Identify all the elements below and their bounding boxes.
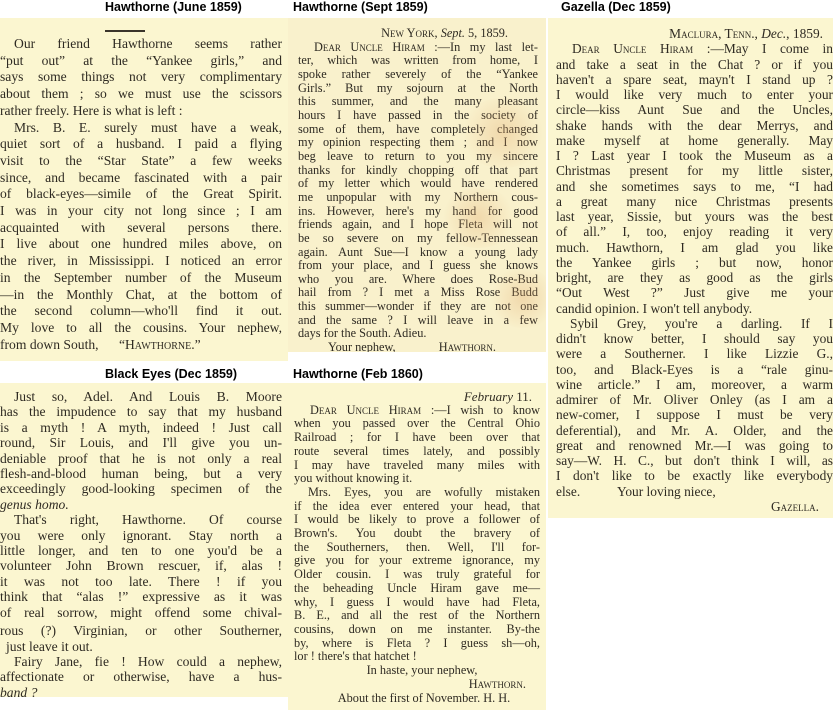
text-line: the Southerners, then. Well, I'll for- bbox=[294, 541, 540, 555]
label-gazella-dec-1859: Gazella (Dec 1859) bbox=[561, 0, 671, 14]
label-hawthorne-sept-1859: Hawthorne (Sept 1859) bbox=[293, 0, 428, 14]
text-line: since, and became fascinated with a pair bbox=[0, 170, 282, 187]
text-line: I would like very much to enter your bbox=[556, 87, 833, 102]
text-line: Christmas present for my little sister, bbox=[556, 163, 833, 178]
text-line: Dear Uncle Hiram :—I wish to know bbox=[294, 404, 540, 418]
clipping-black-eyes-dec-1859: Just so, Adel. And Louis B. Moore has th… bbox=[0, 383, 288, 710]
text-line: I would be likely to prove a follower of bbox=[294, 513, 540, 527]
text-line: why, I guess I would have had Fleta, bbox=[294, 596, 540, 610]
text-line: Girls.” But my sojourn at the North bbox=[298, 82, 538, 96]
text-line: I don't like to be exactly like everybod… bbox=[556, 468, 833, 483]
text-line: a great many nice Christmas presents bbox=[556, 194, 833, 209]
text-line: the Yankee girls ; but now, honor bbox=[556, 255, 833, 270]
text-line: Our friend Hawthorne seems rather bbox=[0, 36, 282, 53]
salutation: Dear Uncle Hiram bbox=[572, 41, 693, 56]
dateline: New York, Sept. 5, 1859. bbox=[298, 27, 538, 41]
text-line: Dear Uncle Hiram :—May I come in bbox=[556, 41, 833, 56]
text-line: hail from ? I met a Miss Rose Budd bbox=[298, 286, 538, 300]
text-line: quiet sort of a husband. I paid a flying bbox=[0, 136, 282, 153]
text-line: —in the Monthly Chat, at the bottom of bbox=[0, 287, 282, 304]
divider-rule bbox=[105, 30, 145, 32]
page-margin bbox=[0, 697, 290, 710]
text-line: shake hands with the dear Merrys, and bbox=[556, 118, 833, 133]
dateline-month: Sept. bbox=[441, 26, 465, 40]
text-line: the second column—who'll find it out. bbox=[0, 303, 282, 320]
text-line: has the impudence to say that my husband bbox=[0, 404, 282, 419]
signature: Hawthorn. bbox=[469, 677, 526, 691]
text-line: I may have traveled many miles with bbox=[294, 459, 540, 473]
text-line: again. Aunt Sue—I know a young lady bbox=[298, 246, 538, 260]
text-line: rather freely. Here is what is left : bbox=[0, 103, 282, 120]
postscript: About the first of November. H. H. bbox=[294, 692, 540, 706]
editor-intro-paragraph: Our friend Hawthorne seems rather “put o… bbox=[0, 36, 282, 120]
signature: “Hawthorne.” bbox=[119, 337, 201, 352]
text-line: by, where is Fleta ? I guess sh—oh, bbox=[294, 637, 540, 651]
text-line: lor ! there's that hatchet ! bbox=[294, 650, 540, 664]
signature-line: from down South, “Hawthorne.” bbox=[0, 337, 282, 354]
text-line: I ? Last year I took the Museum as a bbox=[556, 148, 833, 163]
text-line: That's right, Hawthorne. Of course bbox=[0, 512, 282, 527]
text-line: friends again, and I hope Fleta will not bbox=[298, 218, 538, 232]
clipping-hawthorne-feb-1860: February 11. Dear Uncle Hiram :—I wish t… bbox=[288, 383, 546, 710]
dateline-place: Maclura, Tenn., bbox=[669, 26, 758, 41]
text-line: Brown's. You doubt the bravery of bbox=[294, 527, 540, 541]
text-line: say—W. H. C., but don't think I will, as bbox=[556, 453, 833, 468]
text-line: and take a seat in the Chat ? or if you bbox=[556, 57, 833, 72]
closing-text: from down South, bbox=[0, 337, 99, 352]
text-line: Mrs. Eyes, you are wofully mistaken bbox=[294, 486, 540, 500]
salutation: Dear Uncle Hiram bbox=[310, 403, 421, 417]
text-line: visit to the “Star State” a few weeks bbox=[0, 153, 282, 170]
dateline-place: New York, bbox=[381, 26, 437, 40]
text-line: the beheading Uncle Hiram gave me— bbox=[294, 582, 540, 596]
text-line: affectionate or otherwise, have a hus- bbox=[0, 669, 282, 684]
text-line: spoke rather severely of the “Yankee bbox=[298, 68, 538, 82]
text-line: circle—kiss Aunt Sue and the Uncles, bbox=[556, 102, 833, 117]
text-line: says some things not very complimentary bbox=[0, 69, 282, 86]
text-line: Mrs. B. E. surely must have a weak, bbox=[0, 120, 282, 137]
signature-line: Gazella. bbox=[556, 499, 833, 514]
text-line: about them ; so we must use the scissors bbox=[0, 86, 282, 103]
text-line: were a Southerner. I like Lizzie G., bbox=[556, 346, 833, 361]
signature-line: Hawthorn. bbox=[294, 678, 540, 692]
text-line: wine article.” I am, moreover, a warm bbox=[556, 377, 833, 392]
text-line: you without knowing it. bbox=[294, 472, 540, 486]
text-line: think that “alas !” expressive as it was bbox=[0, 589, 282, 604]
closing-text: Your loving niece, bbox=[617, 484, 716, 499]
text-line: genus homo. bbox=[0, 497, 282, 512]
clipping-hawthorne-sept-1859: New York, Sept. 5, 1859. Dear Uncle Hira… bbox=[288, 18, 546, 352]
text-line: who you are. Where does Rose-Bud bbox=[298, 273, 538, 287]
label-hawthorne-feb-1860: Hawthorne (Feb 1860) bbox=[293, 367, 423, 381]
dateline-month: Dec. bbox=[761, 26, 786, 41]
text-line: this summer—wonder if they are not one bbox=[298, 300, 538, 314]
text-line: from your place, and I guess she knows bbox=[298, 259, 538, 273]
text-line: B. E., and all the rest of the Northern bbox=[294, 609, 540, 623]
closing-text: else. bbox=[556, 484, 580, 499]
text-line: of black-eyes—simile of the Great Spirit… bbox=[0, 186, 282, 203]
text-line: “put out” at the “Yankee girls,” and bbox=[0, 53, 282, 70]
text-line: deferential), and Mr. A. Older, and the bbox=[556, 423, 833, 438]
text-line: if the idea ever entered your head, that bbox=[294, 500, 540, 514]
dateline: February 11. bbox=[294, 390, 540, 404]
dateline-day-year: 5, 1859. bbox=[468, 26, 508, 40]
signature: Hawthorn. bbox=[439, 340, 496, 352]
salutation: Dear Uncle Hiram bbox=[314, 40, 425, 54]
text-line: ter, which was written from home, I bbox=[298, 54, 538, 68]
text-line: cousins, down on me instanter. By-the bbox=[294, 623, 540, 637]
text-line: be so severe on my fellow-Tennessean bbox=[298, 232, 538, 246]
text-line: in the September number of the Museum bbox=[0, 270, 282, 287]
text-line: make myself at home generally. May bbox=[556, 133, 833, 148]
text-line: volunteer John Brown rescuer, if, alas ! bbox=[0, 558, 282, 573]
text-line: Railroad ; for I have been over that bbox=[294, 431, 540, 445]
text-line: rous (?) Virginian, or other Southerner, bbox=[0, 623, 282, 638]
text-line: Older cousin. I was truly grateful for bbox=[294, 568, 540, 582]
text-line: beg leave to return to you my sincere bbox=[298, 150, 538, 164]
text-line: last year, Sissie, but yours was the bes… bbox=[556, 209, 833, 224]
text-line: days for the South. Adieu. bbox=[298, 327, 538, 341]
text-line: the river, in Mississippi. I noticed an … bbox=[0, 253, 282, 270]
signature-line: Your nephew, Hawthorn. bbox=[298, 341, 538, 352]
text-line: of all.” I, too, enjoy reading it very bbox=[556, 224, 833, 239]
text-line: is a myth ! A myth, indeed ! Just call bbox=[0, 420, 282, 435]
text-line: when you passed over the Central Ohio bbox=[294, 417, 540, 431]
text-line: little longer, and ten to one you'd be a bbox=[0, 543, 282, 558]
text-line: I was in your city not long since ; I am bbox=[0, 203, 282, 220]
dateline: Maclura, Tenn., Dec., 1859. bbox=[556, 26, 833, 41]
dateline-year: , 1859. bbox=[786, 26, 823, 41]
text-line: and she sometimes says to me, “I had bbox=[556, 179, 833, 194]
text-line: admirer of Mr. Oliver Onley (as I am a bbox=[556, 392, 833, 407]
text-line: didn't know better, I should say you bbox=[556, 331, 833, 346]
text-line: “Out West ?” Just give me your bbox=[556, 285, 833, 300]
clipping-gazella-dec-1859: Maclura, Tenn., Dec., 1859. Dear Uncle H… bbox=[548, 18, 833, 518]
text-line: candid opinion. I won't tell anybody. bbox=[556, 301, 833, 316]
text-line: you were only ignorant. Stay north a bbox=[0, 528, 282, 543]
text-line: it was not too late. There ! if you bbox=[0, 574, 282, 589]
text-line: my opinion respecting them ; and I now bbox=[298, 136, 538, 150]
text-line: me unpopular with my Northern cous- bbox=[298, 191, 538, 205]
text-line: give you for your extreme ignorance, my bbox=[294, 554, 540, 568]
text-line: some of them, have completely changed bbox=[298, 123, 538, 137]
text-line: flesh-and-blood human being, but a very bbox=[0, 466, 282, 481]
letter-paragraph: Mrs. B. E. surely must have a weak, quie… bbox=[0, 120, 282, 354]
text-line: Fairy Jane, fie ! How could a nephew, bbox=[0, 654, 282, 669]
text-line: of my letter which would have rendered bbox=[298, 177, 538, 191]
signature: Gazella. bbox=[771, 499, 819, 514]
text-line: ins. However, here's my hand for good bbox=[298, 205, 538, 219]
closing-text: Your nephew, bbox=[328, 340, 396, 352]
text-line: of real sorrow, might offend some chival… bbox=[0, 605, 282, 620]
closing-line: else. Your loving niece, bbox=[556, 484, 833, 499]
text-line: thanks for kindly chopping off that part bbox=[298, 164, 538, 178]
text-line: round, Sir Louis, and I'll give you un- bbox=[0, 435, 282, 450]
clipping-hawthorne-june-1859: Our friend Hawthorne seems rather “put o… bbox=[0, 18, 288, 361]
text-line: new-comer, I suppose I must be very bbox=[556, 407, 833, 422]
text-line: deniable proof that he is not only a rea… bbox=[0, 451, 282, 466]
text-line: Sybil Grey, you're a darling. If I bbox=[556, 316, 833, 331]
label-hawthorne-june-1859: Hawthorne (June 1859) bbox=[105, 0, 242, 14]
text-line: I live about one hundred miles above, on bbox=[0, 236, 282, 253]
text-line: too, and Black-Eyes is a “rale ginu- bbox=[556, 362, 833, 377]
text-line: this summer, and the many pleasant bbox=[298, 95, 538, 109]
text-line: My love to all the cousins. Your nephew, bbox=[0, 320, 282, 337]
text-line: route several times lately, and possibly bbox=[294, 445, 540, 459]
text-line: hours I have passed in the society of bbox=[298, 109, 538, 123]
text-line: just leave it out. bbox=[0, 639, 282, 654]
closing-line: In haste, your nephew, bbox=[294, 664, 540, 678]
text-line: Dear Uncle Hiram :—In my last let- bbox=[298, 41, 538, 55]
text-line: Just so, Adel. And Louis B. Moore bbox=[0, 389, 282, 404]
text-line: acquainted with several persons there. bbox=[0, 220, 282, 237]
text-line: exceedingly good-looking specimen of the bbox=[0, 481, 282, 496]
text-line: and the same ? I will leave in a few bbox=[298, 314, 538, 328]
text-line: much. Hawthorn, I am glad you like bbox=[556, 240, 833, 255]
label-black-eyes-dec-1859: Black Eyes (Dec 1859) bbox=[105, 367, 237, 381]
text-line: haven't a spare seat, mayn't I stand up … bbox=[556, 72, 833, 87]
text-line: bright, are they as good as the girls bbox=[556, 270, 833, 285]
text-line: great and renowned Mr.—I was going to bbox=[556, 438, 833, 453]
